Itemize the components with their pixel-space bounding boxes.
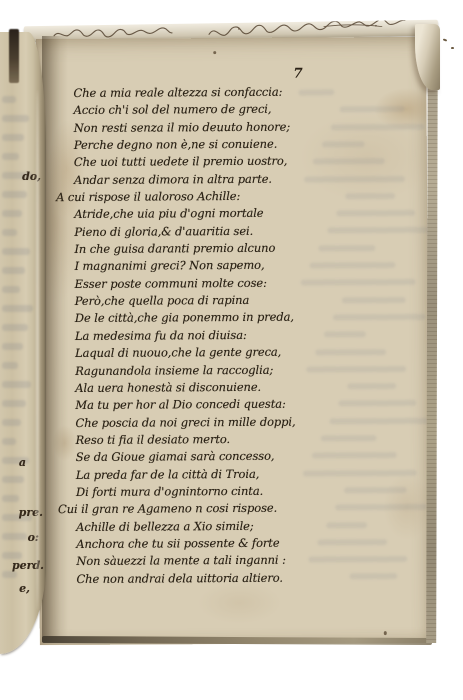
poem-line: Che non andrai dela uittoria altiero. (58, 568, 422, 588)
poem-line: Pieno di gloria,& d'auaritia sei. (56, 222, 420, 242)
showthrough-mark (2, 362, 18, 369)
showthrough-mark (2, 248, 30, 255)
showthrough-mark (2, 324, 28, 331)
poem-line: Se da Gioue giamai sarà concesso, (58, 447, 422, 467)
poem-line: Non resti senza il mio deuuto honore; (56, 118, 420, 138)
showthrough-mark (2, 438, 16, 445)
poem-line: Che a mia reale altezza si confaccia: (55, 83, 419, 103)
book-page: 7 Che a mia reale altezza si confaccia:A… (36, 37, 430, 645)
book-photo: 7 Che a mia reale altezza si confaccia:A… (0, 0, 463, 700)
ink-speck (384, 631, 387, 635)
poem-line: Anchora che tu sii possente & forte (58, 534, 422, 554)
showthrough-mark (2, 552, 22, 559)
poem-line: Reso ti fia il desiato merto. (58, 430, 422, 450)
showthrough-mark (2, 343, 23, 350)
leaf-edge-highlight (36, 90, 39, 610)
poem-line: Però,che quella poca di rapina (57, 291, 421, 311)
showthrough-mark (2, 495, 19, 502)
showthrough-mark (2, 571, 17, 578)
showthrough-mark (2, 191, 27, 198)
showthrough-mark (2, 400, 26, 407)
left-page-fragment: pre. (19, 506, 43, 519)
left-page-fragment: e, (19, 582, 30, 595)
left-page-fragment: a (19, 456, 26, 469)
poem-line: Non sàuezzi la mente a tali inganni : (58, 551, 422, 571)
poem-line: Andar senza dimora in altra parte. (56, 170, 420, 190)
showthrough-mark (2, 381, 31, 388)
poem-line: Cui il gran re Agameno n cosi rispose. (58, 499, 422, 519)
poem-line: Accio ch'i sol del numero de greci, (56, 100, 420, 120)
poem-line: In che guisa daranti premio alcuno (56, 239, 420, 259)
fore-edge (426, 27, 438, 643)
poem-line: Di forti mura d'ognintorno cinta. (58, 482, 422, 502)
poem-text: Che a mia reale altezza si confaccia:Acc… (55, 83, 422, 588)
showthrough-mark (2, 286, 20, 293)
poem-line: A cui rispose il ualoroso Achille: (56, 187, 420, 207)
showthrough-mark (2, 419, 21, 426)
poem-line: Ragunandola insieme la raccoglia; (57, 360, 421, 380)
ink-speck (443, 38, 447, 41)
poem-line: Esser poste communi molte cose: (57, 274, 421, 294)
showthrough-mark (2, 305, 33, 312)
poem-line: Che uoi tutti uedete il premio uostro, (56, 152, 420, 172)
left-page-fragment: perd. (12, 559, 44, 572)
showthrough-mark (2, 229, 17, 236)
showthrough-mark (2, 533, 27, 540)
poem-line: Laqual di nuouo,che la gente greca, (57, 343, 421, 363)
showthrough-mark (2, 115, 29, 122)
poem-line: Che poscia da noi greci in mille doppi, (57, 412, 421, 432)
cover-board-edge (9, 29, 19, 83)
poem-line: I magnanimi greci? Non sapemo, (56, 256, 420, 276)
showthrough-mark (2, 153, 19, 160)
poem-line: De le città,che gia ponemmo in preda, (57, 308, 421, 328)
showthrough-mark (2, 96, 16, 103)
ink-speck (213, 51, 216, 54)
poem-line: La preda far de la città di Troia, (58, 464, 422, 484)
showthrough-mark (2, 476, 24, 483)
showthrough-mark (2, 210, 22, 217)
poem-line: Atride,che uia piu d'ogni mortale (56, 204, 420, 224)
poem-line: Ala uera honestà si disconuiene. (57, 378, 421, 398)
poem-line: Ma tu per hor al Dio concedi questa: (57, 395, 421, 415)
ink-speck (451, 47, 454, 49)
showthrough-mark (2, 134, 24, 141)
left-page-edge: do,apre.o:perd.e, (0, 32, 46, 654)
poem-line: Achille di bellezza a Xio simile; (58, 516, 422, 536)
poem-line: La medesima fu da noi diuisa: (57, 326, 421, 346)
showthrough-mark (2, 267, 25, 274)
page-number: 7 (293, 66, 303, 82)
poem-line: Perche degno non è,ne si conuiene. (56, 135, 420, 155)
